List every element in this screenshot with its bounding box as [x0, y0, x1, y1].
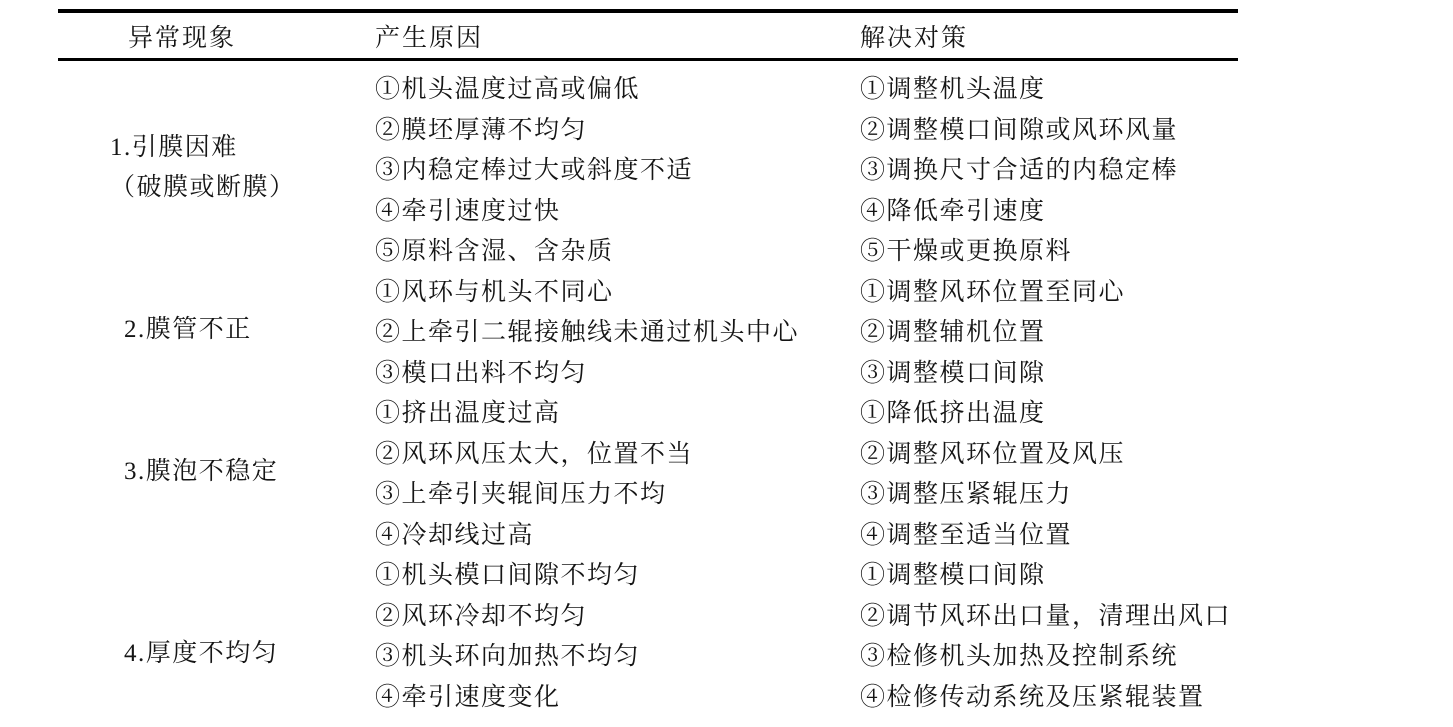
causes-cell: ①风环与机头不同心 ②上牵引二辊接触线未通过机头中心 ③模口出料不均匀 — [375, 270, 860, 392]
phenomenon-label-note: （破膜或断膜） — [110, 168, 375, 208]
solution-line: ③检修机头加热及控制系统 — [860, 634, 1238, 675]
solution-line: ③调整压紧辊压力 — [860, 472, 1238, 513]
cause-line: ④牵引速度变化 — [375, 675, 860, 716]
cause-line: ①挤出温度过高 — [375, 391, 860, 432]
causes-cell: ①机头模口间隙不均匀 ②风环冷却不均匀 ③机头环向加热不均匀 ④牵引速度变化 — [375, 553, 860, 715]
cause-line: ②上牵引二辊接触线未通过机头中心 — [375, 310, 860, 351]
solutions-cell: ①降低挤出温度 ②调整风环位置及风压 ③调整压紧辊压力 ④调整至适当位置 — [860, 391, 1238, 553]
cause-line: ①风环与机头不同心 — [375, 270, 860, 311]
solutions-cell: ①调整风环位置至同心 ②调整辅机位置 ③调整模口间隙 — [860, 270, 1238, 392]
table-row-film-leading-difficulty: 1.引膜因难 （破膜或断膜） ①机头温度过高或偏低 ②膜坯厚薄不均匀 ③内稳定棒… — [58, 67, 1238, 270]
table-header-row: 异常现象 产生原因 解决对策 — [58, 13, 1238, 61]
solution-line: ④调整至适当位置 — [860, 513, 1238, 554]
cause-line: ④冷却线过高 — [375, 513, 860, 554]
solution-line: ⑤干燥或更换原料 — [860, 229, 1238, 270]
solution-line: ①调整风环位置至同心 — [860, 270, 1238, 311]
solution-line: ②调节风环出口量，清理出风口 — [860, 594, 1238, 635]
cause-line: ③内稳定棒过大或斜度不适 — [375, 148, 860, 189]
header-solution: 解决对策 — [860, 18, 1238, 54]
phenomenon-label: 1.引膜因难 — [110, 128, 375, 168]
phenomenon-cell: 2.膜管不正 — [58, 270, 375, 392]
cause-line: ④牵引速度过快 — [375, 189, 860, 230]
header-abnormal-phenomenon: 异常现象 — [58, 18, 375, 54]
table-row-film-tube-misaligned: 2.膜管不正 ①风环与机头不同心 ②上牵引二辊接触线未通过机头中心 ③模口出料不… — [58, 270, 1238, 392]
cause-line: ②风环风压太大，位置不当 — [375, 432, 860, 473]
phenomenon-label: 4.厚度不均匀 — [124, 634, 375, 674]
causes-cell: ①挤出温度过高 ②风环风压太大，位置不当 ③上牵引夹辊间压力不均 ④冷却线过高 — [375, 391, 860, 553]
phenomenon-cell: 1.引膜因难 （破膜或断膜） — [58, 67, 375, 270]
cause-line: ③模口出料不均匀 — [375, 351, 860, 392]
solution-line: ②调整模口间隙或风环风量 — [860, 108, 1238, 149]
phenomenon-cell: 4.厚度不均匀 — [58, 573, 375, 727]
solution-line: ①调整机头温度 — [860, 67, 1238, 108]
solution-line: ③调换尺寸合适的内稳定棒 — [860, 148, 1238, 189]
cause-line: ⑤原料含湿、含杂质 — [375, 229, 860, 270]
cause-line: ③上牵引夹辊间压力不均 — [375, 472, 860, 513]
phenomenon-label: 2.膜管不正 — [124, 310, 375, 350]
solutions-cell: ①调整模口间隙 ②调节风环出口量，清理出风口 ③检修机头加热及控制系统 ④检修传… — [860, 553, 1238, 715]
solution-line: ②调整风环位置及风压 — [860, 432, 1238, 473]
header-cause: 产生原因 — [375, 18, 860, 54]
solution-line: ④检修传动系统及压紧辊装置 — [860, 675, 1238, 716]
document-page: 异常现象 产生原因 解决对策 1.引膜因难 （破膜或断膜） ①机头温度过高或偏低… — [0, 0, 1453, 727]
solution-line: ③调整模口间隙 — [860, 351, 1238, 392]
table-body: 1.引膜因难 （破膜或断膜） ①机头温度过高或偏低 ②膜坯厚薄不均匀 ③内稳定棒… — [58, 61, 1238, 715]
cause-line: ②风环冷却不均匀 — [375, 594, 860, 635]
cause-line: ③机头环向加热不均匀 — [375, 634, 860, 675]
solution-line: ①降低挤出温度 — [860, 391, 1238, 432]
cause-line: ②膜坯厚薄不均匀 — [375, 108, 860, 149]
phenomenon-cell: 3.膜泡不稳定 — [58, 391, 375, 553]
solution-line: ②调整辅机位置 — [860, 310, 1238, 351]
causes-cell: ①机头温度过高或偏低 ②膜坯厚薄不均匀 ③内稳定棒过大或斜度不适 ④牵引速度过快… — [375, 67, 860, 270]
solutions-cell: ①调整机头温度 ②调整模口间隙或风环风量 ③调换尺寸合适的内稳定棒 ④降低牵引速… — [860, 67, 1238, 270]
table-row-thickness-uneven: 4.厚度不均匀 ①机头模口间隙不均匀 ②风环冷却不均匀 ③机头环向加热不均匀 ④… — [58, 553, 1238, 715]
cause-line: ①机头模口间隙不均匀 — [375, 553, 860, 594]
solution-line: ①调整模口间隙 — [860, 553, 1238, 594]
solution-line: ④降低牵引速度 — [860, 189, 1238, 230]
table-row-bubble-unstable: 3.膜泡不稳定 ①挤出温度过高 ②风环风压太大，位置不当 ③上牵引夹辊间压力不均… — [58, 391, 1238, 553]
phenomenon-label: 3.膜泡不稳定 — [124, 452, 375, 492]
cause-line: ①机头温度过高或偏低 — [375, 67, 860, 108]
troubleshooting-table: 异常现象 产生原因 解决对策 1.引膜因难 （破膜或断膜） ①机头温度过高或偏低… — [58, 9, 1238, 715]
